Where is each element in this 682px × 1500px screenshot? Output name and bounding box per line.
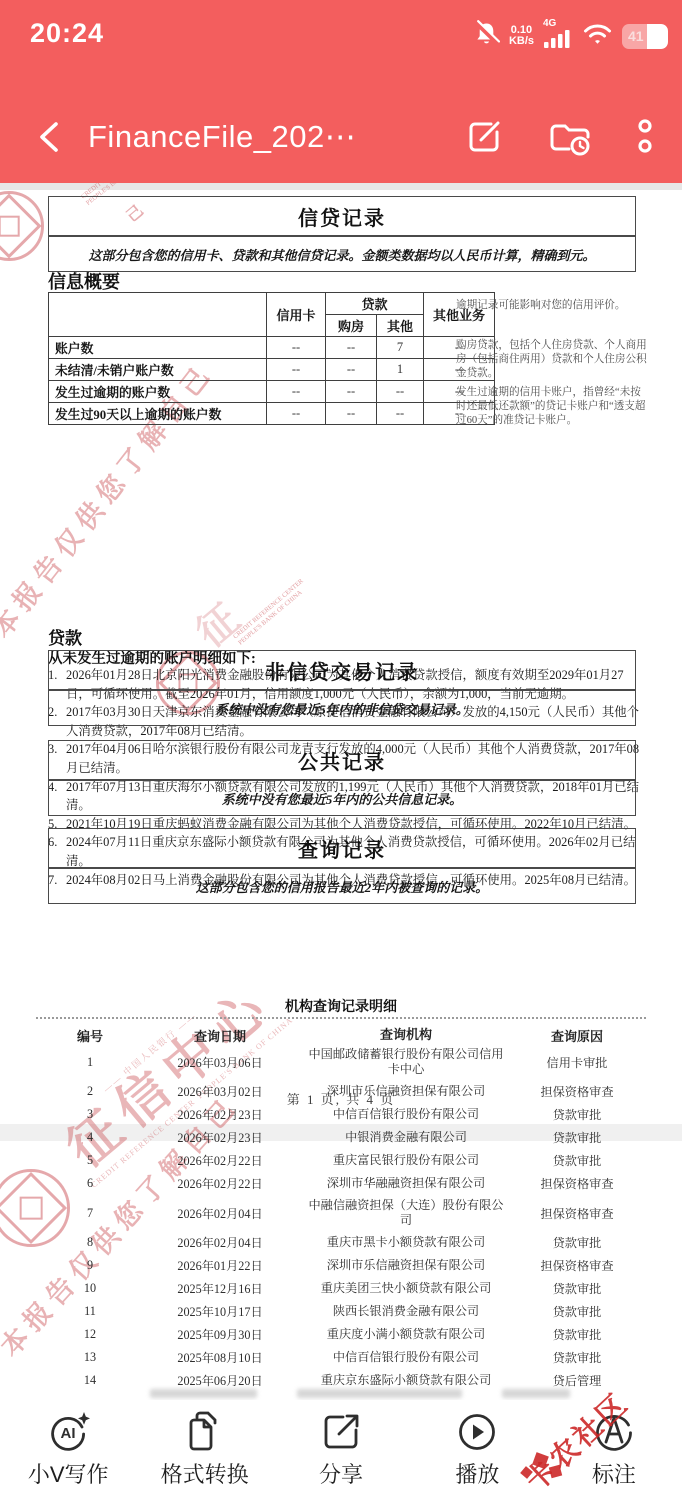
table-row: 未结清/未销户账户数 -- -- 1 -- (49, 359, 495, 381)
section-title: 公共记录 (49, 741, 635, 779)
wifi-icon (582, 22, 613, 51)
table-row: 发生过逾期的账户数 -- -- -- -- (49, 381, 495, 403)
partially-visible-row (150, 1389, 570, 1398)
bottom-toolbar: AI 小V写作 格式转换 分享 (0, 1400, 682, 1500)
summary-heading: 信息概要 (48, 268, 120, 294)
toolbar-label: 标注 (592, 1458, 636, 1489)
public-records-box: 公共记录 系统中没有您最近5年内的公共信息记录。 (48, 740, 636, 816)
table-row: 92026年01月22日 深圳市乐信融资担保有限公司担保资格审查 (40, 1254, 642, 1277)
table-row: 42026年02月23日 中银消费金融有限公司贷款审批 (40, 1126, 642, 1149)
battery-percent: 41 (628, 28, 644, 44)
noncredit-records-box: 非信贷交易记录 系统中没有您最近5年内的非信贷交易记录。 (48, 650, 636, 726)
annotate-button[interactable]: 标注 (546, 1400, 682, 1500)
toolbar-label: 分享 (319, 1458, 363, 1489)
table-row: 122025年09月30日 重庆度小满小额贷款有限公司贷款审批 (40, 1323, 642, 1346)
table-row: 112025年10月17日 陕西长银消费金融有限公司贷款审批 (40, 1300, 642, 1323)
table-row: 102025年12月16日 重庆美团三快小额贷款有限公司贷款审批 (40, 1277, 642, 1300)
table-row: 82026年02月04日 重庆市黑卡小额贷款有限公司贷款审批 (40, 1231, 642, 1254)
ai-sparkle-icon: AI (44, 1408, 92, 1456)
table-row: 62026年02月22日 深圳市华融融资担保有限公司担保资格审查 (40, 1172, 642, 1195)
folder-history-icon[interactable] (548, 117, 592, 157)
ai-writing-button[interactable]: AI 小V写作 (0, 1400, 136, 1500)
edit-icon[interactable] (464, 117, 504, 157)
table-row: 账户数 -- -- 7 -- (49, 337, 495, 359)
network-speed: 0.10KB/s (509, 25, 534, 47)
share-button[interactable]: 分享 (273, 1400, 409, 1500)
table-row: 22026年03月02日 深圳市乐信融资担保有限公司担保资格审查 (40, 1080, 642, 1103)
play-icon (453, 1408, 501, 1456)
annotate-icon (590, 1408, 638, 1456)
pages-icon (181, 1408, 229, 1456)
query-table-title: 机构查询记录明细 (0, 996, 682, 1016)
summary-note: 购房贷款，包括个人住房贷款、个人商用房（包括商住两用）贷款和个人住房公积金贷款。 (456, 339, 650, 381)
query-table-header: 编号 查询日期 查询机构 查询原因 (40, 1024, 642, 1046)
bell-muted-icon (473, 20, 500, 52)
section-title: 非信贷交易记录 (49, 651, 635, 689)
credit-records-box: 信贷记录 这部分包含您的信用卡、贷款和其他信贷记录。金额类数据均以人民币计算，精… (48, 196, 636, 272)
table-row: 12026年03月06日 中国邮政储蓄银行股份有限公司信用卡中心信用卡审批 (40, 1044, 642, 1080)
page-top-shadow (0, 183, 682, 190)
loans-heading: 贷款 (48, 624, 82, 649)
play-button[interactable]: 播放 (409, 1400, 545, 1500)
svg-text:AI: AI (61, 1425, 76, 1442)
toolbar-label: 小V写作 (28, 1458, 109, 1489)
table-row: 发生过90天以上逾期的账户数 -- -- -- -- (49, 403, 495, 425)
table-row: 32026年02月23日 中信百信银行股份有限公司贷款审批 (40, 1103, 642, 1126)
back-button[interactable] (36, 120, 62, 154)
table-row: 72026年02月04日 中融信融资担保（大连）股份有限公司担保资格审查 (40, 1195, 642, 1231)
toolbar-label: 格式转换 (161, 1458, 249, 1489)
summary-note: 逾期记录可能影响对您的信用评价。 (456, 299, 650, 313)
document-title: FinanceFile_202⋯ (88, 119, 356, 155)
signal-bars-icon (543, 29, 573, 54)
battery-indicator: 41 (622, 24, 668, 49)
section-title: 信贷记录 (49, 197, 635, 235)
toolbar-label: 播放 (455, 1458, 499, 1489)
document-page[interactable]: CREDIT REFERENCE CENTERPEOPLE'S BANK OF … (0, 183, 682, 1400)
section-subtitle: 这部分包含您的信用卡、贷款和其他信贷记录。金额类数据均以人民币计算，精确到元。 (49, 237, 635, 271)
section-subtitle: 这部分包含您的信用报告最近2年内被查询的记录。 (49, 869, 635, 903)
status-time: 20:24 (30, 18, 104, 49)
app-header-background: 20:24 0.10KB/s 4G (0, 0, 682, 183)
more-options-icon[interactable] (636, 116, 654, 158)
section-subtitle: 系统中没有您最近5年内的非信贷交易记录。 (49, 691, 635, 725)
dashed-divider (36, 1017, 646, 1019)
network-type: 4G (543, 19, 556, 29)
summary-table: 信用卡 贷款 其他业务 购房 其他 账户数 -- -- 7 -- 未结清/未销户… (48, 292, 495, 425)
table-row: 52026年02月22日 重庆富民银行股份有限公司贷款审批 (40, 1149, 642, 1172)
credit-center-seal (0, 191, 44, 261)
share-icon (317, 1408, 365, 1456)
section-title: 查询记录 (49, 829, 635, 867)
section-subtitle: 系统中没有您最近5年内的公共信息记录。 (49, 781, 635, 815)
query-records-box: 查询记录 这部分包含您的信用报告最近2年内被查询的记录。 (48, 828, 636, 904)
table-row: 132025年08月10日 中信百信银行股份有限公司贷款审批 (40, 1346, 642, 1369)
format-convert-button[interactable]: 格式转换 (136, 1400, 272, 1500)
summary-note: 发生过逾期的信用卡账户，指曾经“未按时还最低还款额”的贷记卡账户和“透支超过60… (456, 386, 650, 428)
